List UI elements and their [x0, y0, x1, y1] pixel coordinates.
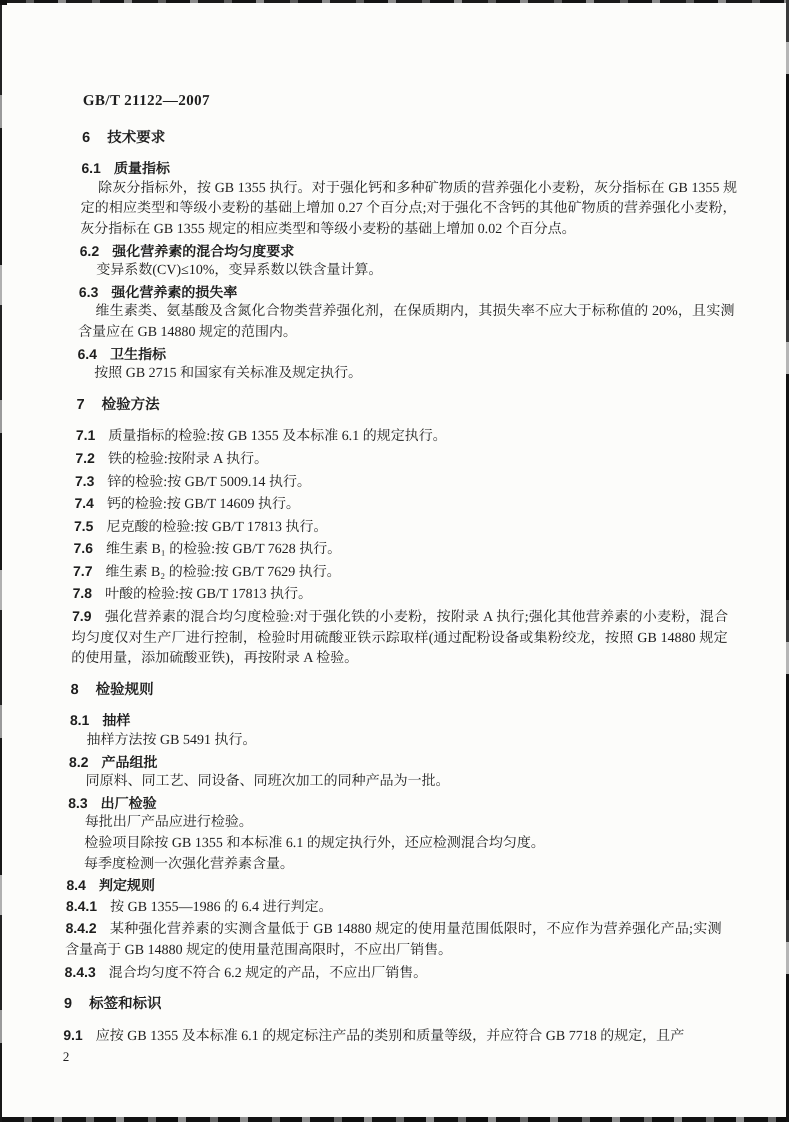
subclause-heading: 8.1抽样 [70, 710, 726, 731]
clause-text: 检验规则 [95, 682, 153, 698]
clause-text: 产品组批 [101, 754, 157, 770]
document-body: 6技术要求6.1质量指标除灰分指标外，按 GB 1355 执行。对于强化钙和多种… [63, 128, 738, 1048]
clause-number: 7.5 [74, 518, 94, 534]
clause-number: 6.2 [80, 243, 100, 259]
numbered-item: 9.1应按 GB 1355 及本标准 6.1 的规定标注产品的类别和质量等级，并… [63, 1025, 719, 1048]
clause-text: 按 GB 1355—1986 的 6.4 进行判定。 [110, 900, 333, 915]
paragraph: 检验项目除按 GB 1355 和本标准 6.1 的规定执行外，还应检测混合均匀度… [67, 834, 723, 855]
clause-text: 抽样方法按 GB 5491 执行。 [86, 733, 256, 748]
paragraph: 同原料、同工艺、同设备、同班次加工的同种产品为一批。 [68, 772, 724, 793]
paragraph: 每季度检测一次强化营养素含量。 [67, 855, 723, 876]
clause-number: 8.3 [68, 795, 88, 811]
clause-text: 除灰分指标外，按 GB 1355 执行。对于强化钙和多种矿物质的营养强化小麦粉，… [80, 181, 737, 237]
clause-number: 8 [70, 682, 78, 698]
paragraph: 除灰分指标外，按 GB 1355 执行。对于强化钙和多种矿物质的营养强化小麦粉，… [80, 179, 737, 241]
clause-text: 抽样 [102, 712, 130, 728]
clause-number: 6.4 [77, 346, 97, 362]
clause-text: 质量指标的检验:按 GB 1355 及本标准 6.1 的规定执行。 [108, 429, 447, 444]
clause-number: 8.4.2 [65, 920, 96, 936]
clause-text: 出厂检验 [100, 795, 156, 811]
subclause-heading: 6.4卫生指标 [77, 344, 733, 365]
clause-text: 每批出厂产品应进行检验。 [85, 815, 253, 830]
clause-number: 6.3 [79, 284, 99, 300]
clause-text: 应按 GB 1355 及本标准 6.1 的规定标注产品的类别和质量等级，并应符合… [96, 1029, 685, 1044]
clause-number: 8.4 [66, 877, 86, 893]
clause-text: 强化营养素的混合均匀度要求 [112, 243, 294, 259]
clause-heading: 7检验方法 [76, 395, 732, 416]
scan-corner-mark [0, 0, 7, 5]
clause-text: 维生素 B₂ 的检验:按 GB/T 7629 执行。 [105, 565, 341, 580]
clause-text: 质量指标 [114, 160, 170, 176]
clause-number: 8.4.1 [66, 898, 97, 914]
clause-text: 铁的检验:按附录 A 执行。 [108, 452, 269, 467]
clause-text: 维生素类、氨基酸及含氮化合物类营养强化剂，在保质期内，其损失率不应大于标称值的 … [78, 304, 735, 340]
clause-text: 尼克酸的检验:按 GB/T 17813 执行。 [106, 520, 327, 535]
clause-text: 卫生指标 [110, 346, 166, 362]
subclause-heading: 8.3出厂检验 [68, 793, 724, 814]
subclause-heading: 6.3强化营养素的损失率 [79, 282, 735, 303]
numbered-item: 7.5尼克酸的检验:按 GB/T 17813 执行。 [74, 516, 730, 539]
clause-text: 某种强化营养素的实测含量低于 GB 14880 规定的使用量范围低限时，不应作为… [65, 922, 722, 958]
scan-edge-left [0, 0, 2, 1122]
numbered-item: 7.7维生素 B₂ 的检验:按 GB/T 7629 执行。 [73, 561, 729, 584]
clause-number: 7 [76, 397, 84, 413]
subclause-heading: 6.1质量指标 [81, 158, 737, 179]
clause-number: 7.6 [73, 540, 93, 556]
clause-text: 维生素 B₁ 的检验:按 GB/T 7628 执行。 [106, 542, 342, 557]
numbered-item: 7.3锌的检验:按 GB/T 5009.14 执行。 [75, 471, 731, 494]
paragraph: 每批出厂产品应进行检验。 [68, 813, 724, 834]
clause-text: 检验方法 [101, 397, 159, 413]
paragraph: 维生素类、氨基酸及含氮化合物类营养强化剂，在保质期内，其损失率不应大于标称值的 … [78, 302, 735, 343]
numbered-item: 7.8叶酸的检验:按 GB/T 17813 执行。 [72, 583, 728, 606]
scanned-standard-page: { "page_header": { "standard_number": "G… [0, 0, 789, 1122]
clause-number: 7.8 [72, 585, 92, 601]
clause-number: 8.2 [69, 754, 89, 770]
clause-text: 钙的检验:按 GB/T 14609 执行。 [107, 497, 300, 512]
clause-number: 7.2 [75, 450, 95, 466]
clause-number: 7.3 [75, 473, 95, 489]
scan-edge-bottom [0, 1117, 789, 1122]
subclause-heading: 8.4判定规则 [66, 875, 722, 896]
clause-text: 判定规则 [99, 877, 155, 893]
standard-number-header: GB/T 21122—2007 [83, 91, 739, 112]
subclause-heading: 8.2产品组批 [69, 752, 725, 773]
paragraph: 变异系数(CV)≤10%，变异系数以铁含量计算。 [79, 261, 735, 282]
clause-heading: 9标签和标识 [64, 994, 720, 1015]
clause-text: 强化营养素的损失率 [111, 284, 237, 300]
clause-number: 6.1 [81, 160, 101, 176]
clause-number: 7.7 [73, 563, 93, 579]
clause-number: 9 [64, 996, 72, 1012]
clause-text: 变异系数(CV)≤10%，变异系数以铁含量计算。 [96, 263, 382, 278]
numbered-item: 7.2铁的检验:按附录 A 执行。 [75, 448, 731, 471]
paragraph: 抽样方法按 GB 5491 执行。 [69, 731, 725, 752]
clause-text: 锌的检验:按 GB/T 5009.14 执行。 [107, 475, 311, 490]
clause-text: 标签和标识 [89, 996, 162, 1012]
clause-text: 每季度检测一次强化营养素含量。 [84, 857, 294, 872]
numbered-item: 7.1质量指标的检验:按 GB 1355 及本标准 6.1 的规定执行。 [76, 425, 732, 448]
clause-number: 8.4.3 [64, 964, 95, 980]
clause-heading: 6技术要求 [82, 128, 738, 149]
numbered-item: 7.4钙的检验:按 GB/T 14609 执行。 [74, 493, 730, 516]
clause-text: 同原料、同工艺、同设备、同班次加工的同种产品为一批。 [85, 774, 449, 789]
numbered-item: 8.4.3混合均匀度不符合 6.2 规定的产品，不应出厂销售。 [64, 962, 720, 985]
numbered-item: 8.4.2某种强化营养素的实测含量低于 GB 14880 规定的使用量范围低限时… [65, 918, 722, 961]
page-content: GB/T 21122—2007 6技术要求6.1质量指标除灰分指标外，按 GB … [0, 0, 789, 1068]
clause-heading: 8检验规则 [70, 680, 726, 701]
clause-number: 8.1 [70, 712, 90, 728]
clause-text: 混合均匀度不符合 6.2 规定的产品，不应出厂销售。 [109, 966, 428, 981]
subclause-heading: 6.2强化营养素的混合均匀度要求 [80, 241, 736, 262]
clause-text: 检验项目除按 GB 1355 和本标准 6.1 的规定执行外，还应检测混合均匀度… [84, 836, 545, 851]
numbered-item: 8.4.1按 GB 1355—1986 的 6.4 进行判定。 [66, 896, 722, 919]
clause-text: 按照 GB 2715 和国家有关标准及规定执行。 [94, 366, 362, 381]
clause-text: 技术要求 [107, 130, 165, 146]
clause-text: 叶酸的检验:按 GB/T 17813 执行。 [105, 587, 312, 602]
paragraph: 按照 GB 2715 和国家有关标准及规定执行。 [77, 364, 733, 385]
numbered-item: 7.6维生素 B₁ 的检验:按 GB/T 7628 执行。 [73, 538, 729, 561]
clause-number: 6 [82, 130, 90, 146]
clause-number: 7.9 [72, 608, 92, 624]
scan-edge-top [0, 0, 789, 3]
clause-number: 7.1 [76, 427, 96, 443]
clause-number: 7.4 [74, 495, 94, 511]
page-number: 2 [63, 1047, 719, 1068]
clause-number: 9.1 [63, 1027, 83, 1043]
numbered-item: 7.9强化营养素的混合均匀度检验:对于强化铁的小麦粉，按附录 A 执行;强化其他… [71, 606, 728, 670]
clause-text: 强化营养素的混合均匀度检验:对于强化铁的小麦粉，按附录 A 执行;强化其他营养素… [71, 610, 728, 666]
